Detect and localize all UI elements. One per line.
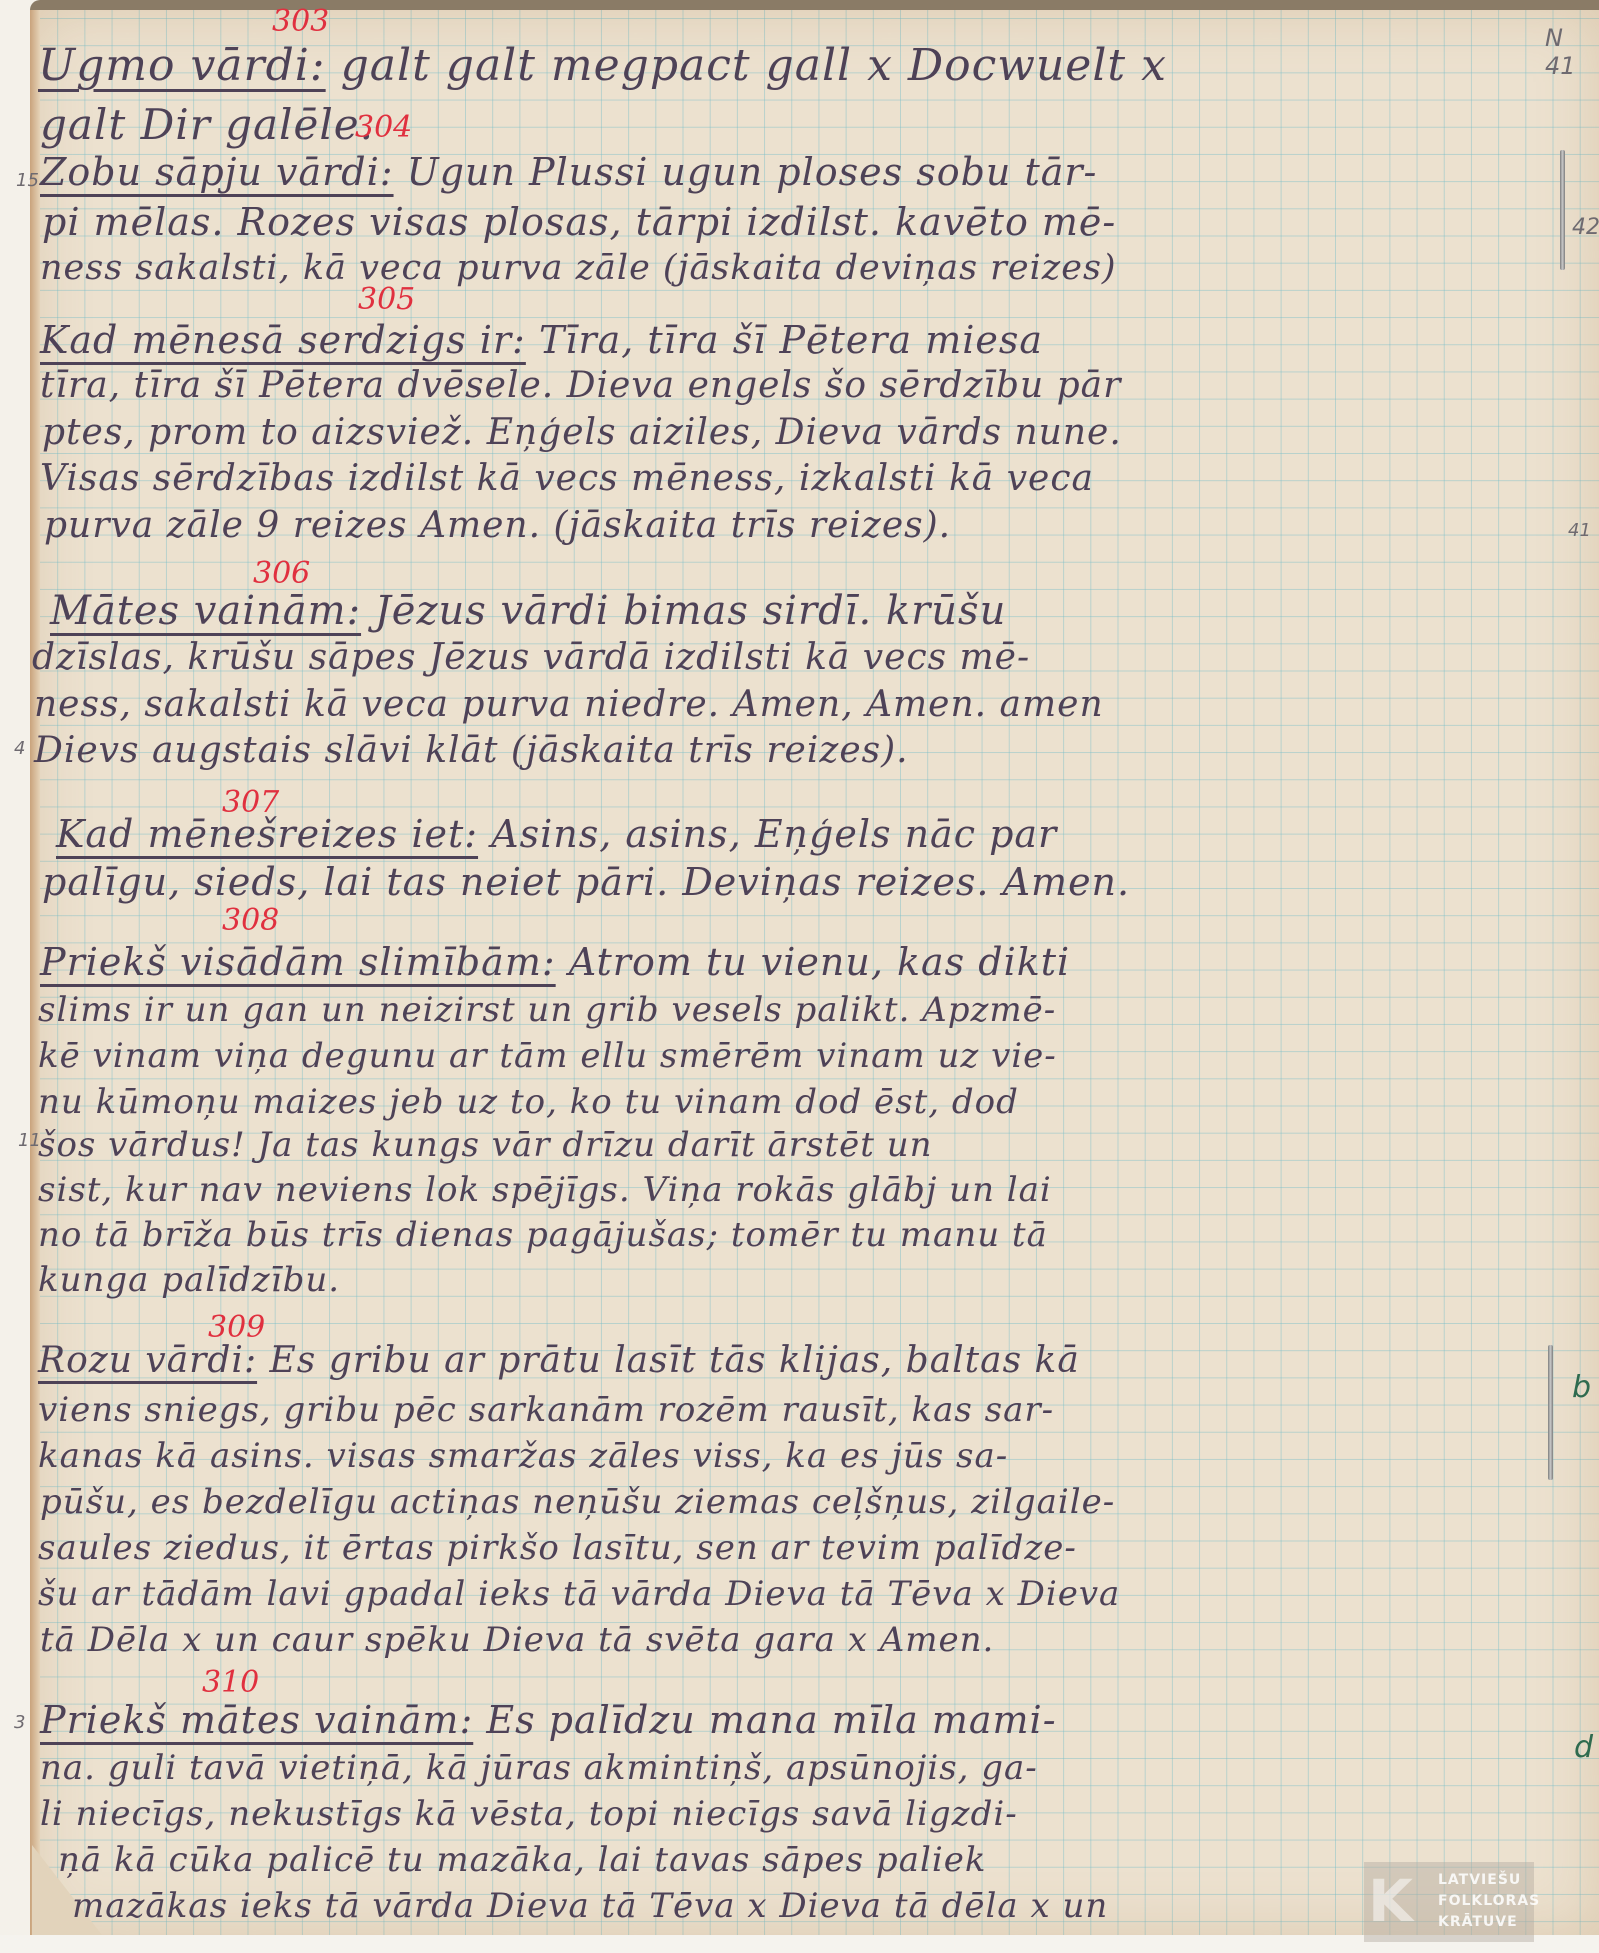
margin-mark: 4 bbox=[14, 738, 25, 759]
entry-line: Es palīdzu mana mīla mami- bbox=[486, 1698, 1056, 1742]
entry-line: Es gribu ar prātu lasīt tās klijas, balt… bbox=[270, 1340, 1080, 1381]
entry-line: ptes, prom to aizsviež. Eņģels aiziles, … bbox=[42, 412, 1122, 453]
entry-heading: Mātes vainām: bbox=[50, 588, 361, 634]
entry-line: purva zāle 9 reizes Amen. (jāskaita trīs… bbox=[44, 505, 951, 546]
entry-line: Atrom tu vienu, kas dikti bbox=[569, 940, 1070, 984]
entry-line: mazākas ieks tā vārda Dieva tā Tēva x Di… bbox=[72, 1886, 1108, 1926]
entry-number: 306 bbox=[253, 556, 310, 591]
entry-line: na. guli tavā vietiņā, kā jūras akmintiņ… bbox=[40, 1748, 1038, 1788]
entry-heading: Priekš visādām slimībām: bbox=[40, 940, 556, 984]
entry-heading: Rozu vārdi: bbox=[38, 1340, 257, 1381]
archive-name-line: FOLKLORAS bbox=[1438, 1891, 1540, 1912]
entry-heading: Kad mēnešreizes iet: bbox=[56, 812, 478, 856]
entry-line: tā Dēla x un caur spēku Dieva tā svēta g… bbox=[40, 1620, 994, 1660]
staple-bottom bbox=[1548, 1345, 1553, 1480]
entry-line: kē vinam viņa degunu ar tām ellu smērēm … bbox=[38, 1036, 1057, 1076]
margin-mark: 3 bbox=[14, 1712, 25, 1733]
margin-number-right: 41 bbox=[1568, 520, 1591, 541]
entry-line: slims ir un gan un neizirst un grib vese… bbox=[38, 990, 1056, 1030]
entry-line: Jēzus vārdi bimas sirdī. krūšu bbox=[375, 588, 1007, 634]
scan-background bbox=[0, 1935, 1599, 1953]
entry-line: sist, kur nav neviens lok spējīgs. Viņa … bbox=[38, 1170, 1052, 1210]
entry-heading: Ugmo vārdi: bbox=[38, 40, 326, 91]
entry-line: Visas sērdzības izdilst kā vecs mēness, … bbox=[40, 458, 1094, 499]
entry-line: kanas kā asins. visas smaržas zāles viss… bbox=[38, 1436, 1008, 1476]
entry-line: šu ar tādām lavi gpadal ieks tā vārda Di… bbox=[38, 1574, 1120, 1614]
entry-line: palīgu, sieds, lai tas neiet pāri. Deviņ… bbox=[42, 860, 1130, 904]
entry-line: viens sniegs, gribu pēc sarkanām rozēm r… bbox=[38, 1390, 1054, 1430]
entry-line: galt galt megpact gall x Docwuelt x bbox=[341, 40, 1167, 91]
margin-mark: 15 bbox=[16, 170, 39, 191]
archive-name-line: KRĀTUVE bbox=[1438, 1912, 1540, 1933]
entry-line: ness sakalsti, kā veca purva zāle (jāska… bbox=[40, 248, 1117, 288]
entry-line: ness, sakalsti kā veca purva niedre. Ame… bbox=[34, 684, 1104, 725]
entry-line: nu kūmoņu maizes jeb uz to, ko tu vinam … bbox=[38, 1082, 1019, 1122]
entry-line: no tā brīža būs trīs dienas pagājušas; t… bbox=[38, 1215, 1048, 1255]
entry-line: ņā kā cūka palicē tu mazāka, lai tavas s… bbox=[58, 1840, 986, 1880]
entry-line: dzīslas, krūšu sāpes Jēzus vārdā izdilst… bbox=[32, 637, 1030, 678]
entry-line: Tīra, tīra šī Pētera miesa bbox=[539, 318, 1043, 362]
margin-number-right: 42 bbox=[1572, 215, 1599, 240]
archive-logo-icon: K bbox=[1368, 1866, 1413, 1936]
archive-name: LATVIEŠU FOLKLORAS KRĀTUVE bbox=[1438, 1870, 1540, 1933]
entry-line: kunga palīdzību. bbox=[38, 1260, 340, 1300]
entry-line: saules ziedus, it ērtas pirkšo lasītu, s… bbox=[38, 1528, 1077, 1568]
page-number: N 41 bbox=[1545, 24, 1599, 80]
archive-watermark: K LATVIEŠU FOLKLORAS KRĀTUVE bbox=[1364, 1862, 1534, 1942]
entry-number: 310 bbox=[202, 1665, 259, 1700]
entry-number: 308 bbox=[222, 903, 279, 938]
staple-top bbox=[1560, 150, 1565, 270]
archive-name-line: LATVIEŠU bbox=[1438, 1870, 1540, 1891]
entry-line: galt Dir galēle. bbox=[40, 100, 374, 149]
entry-number: 304 bbox=[355, 110, 412, 145]
entry-heading: Priekš mātes vainām: bbox=[40, 1698, 473, 1742]
entry-line: Ugun Plussi ugun ploses sobu tār- bbox=[407, 150, 1098, 194]
entry-line: tīra, tīra šī Pētera dvēsele. Dieva enge… bbox=[40, 365, 1121, 406]
next-page-ink: b bbox=[1572, 1370, 1591, 1405]
notebook-left-edge bbox=[30, 10, 40, 1935]
entry-line: li niecīgs, nekustīgs kā vēsta, topi nie… bbox=[40, 1794, 1018, 1834]
entry-heading: Kad mēnesā serdzigs ir: bbox=[40, 318, 526, 362]
entry-number: 305 bbox=[358, 282, 415, 317]
entry-line: pūšu, es bezdelīgu actiņas neņūšu ziemas… bbox=[40, 1482, 1115, 1522]
entry-heading: Zobu sāpju vārdi: bbox=[40, 150, 394, 194]
entry-line: šos vārdus! Ja tas kungs vār drīzu darīt… bbox=[38, 1125, 933, 1165]
entry-line: Asins, asins, Eņģels nāc par bbox=[491, 812, 1057, 856]
entry-line: pi mēlas. Rozes visas plosas, tārpi izdi… bbox=[42, 200, 1116, 244]
entry-number: 303 bbox=[272, 4, 329, 39]
entry-line: Dievs augstais slāvi klāt (jāskaita trīs… bbox=[34, 730, 909, 771]
next-page-ink: d bbox=[1574, 1730, 1593, 1765]
